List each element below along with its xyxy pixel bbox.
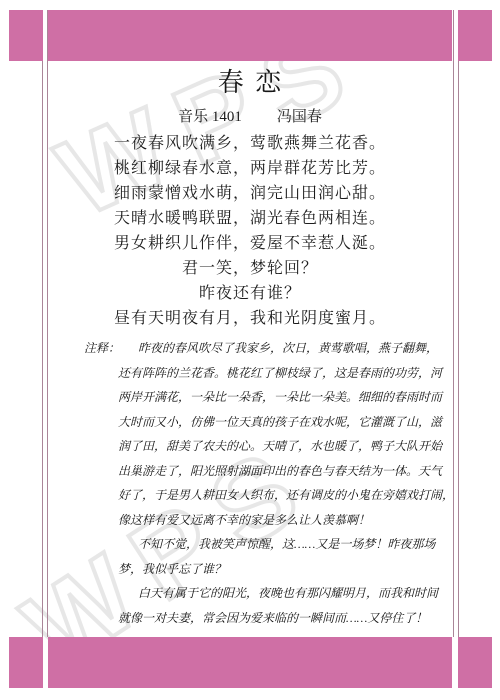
note-body: 昨夜的春风吹尽了我家乡，次日，黄莺歌唱，燕子翻舞，还有阵阵的兰花香。桃花红了柳枝… — [118, 336, 453, 630]
note-line: 就像一对夫妻，常会因为爱来临的一瞬间而……又停住了！ — [118, 606, 453, 631]
poem-line: 细雨蒙憎戏水萌，润完山田润心甜。 — [0, 181, 500, 206]
poem-line: 昼有天明夜有月，我和光阴度蜜月。 — [0, 306, 500, 331]
poem-line: 男女耕织儿作伴，爱屋不幸惹人涎。 — [0, 231, 500, 256]
note-label: 注释： — [84, 336, 120, 361]
poem-class: 音乐 1401 — [178, 108, 242, 126]
note-line: 两岸开满花，一朵比一朵香，一朵比一朵美。细细的春雨时而 — [118, 385, 453, 410]
poem-line: 桃红柳绿春水意，两岸群花芳比芳。 — [0, 156, 500, 181]
note-line: 像这样有爱又远离不幸的家是多么让人羡慕啊！ — [118, 508, 453, 533]
note-line: 梦，我似乎忘了谁？ — [118, 557, 453, 582]
poem-line: 天晴水暖鸭联盟，湖光春色两相连。 — [0, 206, 500, 231]
note-line: 昨夜的春风吹尽了我家乡，次日，黄莺歌唱，燕子翻舞， — [118, 336, 453, 361]
note-line: 白天有属于它的阳光，夜晚也有那闪耀明月，而我和时间 — [118, 581, 453, 606]
page-content: 春 恋 音乐 1401 冯国春 一夜春风吹满乡，莺歌燕舞兰花香。桃红柳绿春水意，… — [0, 0, 500, 700]
poem-body: 一夜春风吹满乡，莺歌燕舞兰花香。桃红柳绿春水意，两岸群花芳比芳。细雨蒙憎戏水萌，… — [0, 131, 500, 331]
poem-subtitle: 音乐 1401 冯国春 — [0, 108, 500, 126]
note-line: 好了，于是男人耕田女人织布，还有调皮的小鬼在旁嬉戏打闹， — [118, 483, 453, 508]
poem-author: 冯国春 — [277, 108, 322, 126]
note-line: 出巢游走了，阳光照射湖面印出的春色与春天结为一体。天气 — [118, 459, 453, 484]
note-line: 大时而又小，仿佛一位天真的孩子在戏水呢，它灌溉了山，滋 — [118, 410, 453, 435]
note-line: 还有阵阵的兰花香。桃花红了柳枝绿了，这是春雨的功劳，河 — [118, 361, 453, 386]
poem-line: 昨夜还有谁？ — [0, 281, 500, 306]
note-line: 不知不觉，我被笑声惊醒，这……又是一场梦！昨夜那场 — [118, 532, 453, 557]
poem-title: 春 恋 — [0, 68, 500, 98]
note-line: 润了田，甜美了农夫的心。天晴了，水也暖了，鸭子大队开始 — [118, 434, 453, 459]
poem-line: 一夜春风吹满乡，莺歌燕舞兰花香。 — [0, 131, 500, 156]
document-page: WPS WPS 春 恋 音乐 1401 冯国春 一夜春风吹满乡，莺歌燕舞兰花香。… — [0, 0, 500, 700]
poem-line: 君一笑，梦轮回？ — [0, 256, 500, 281]
